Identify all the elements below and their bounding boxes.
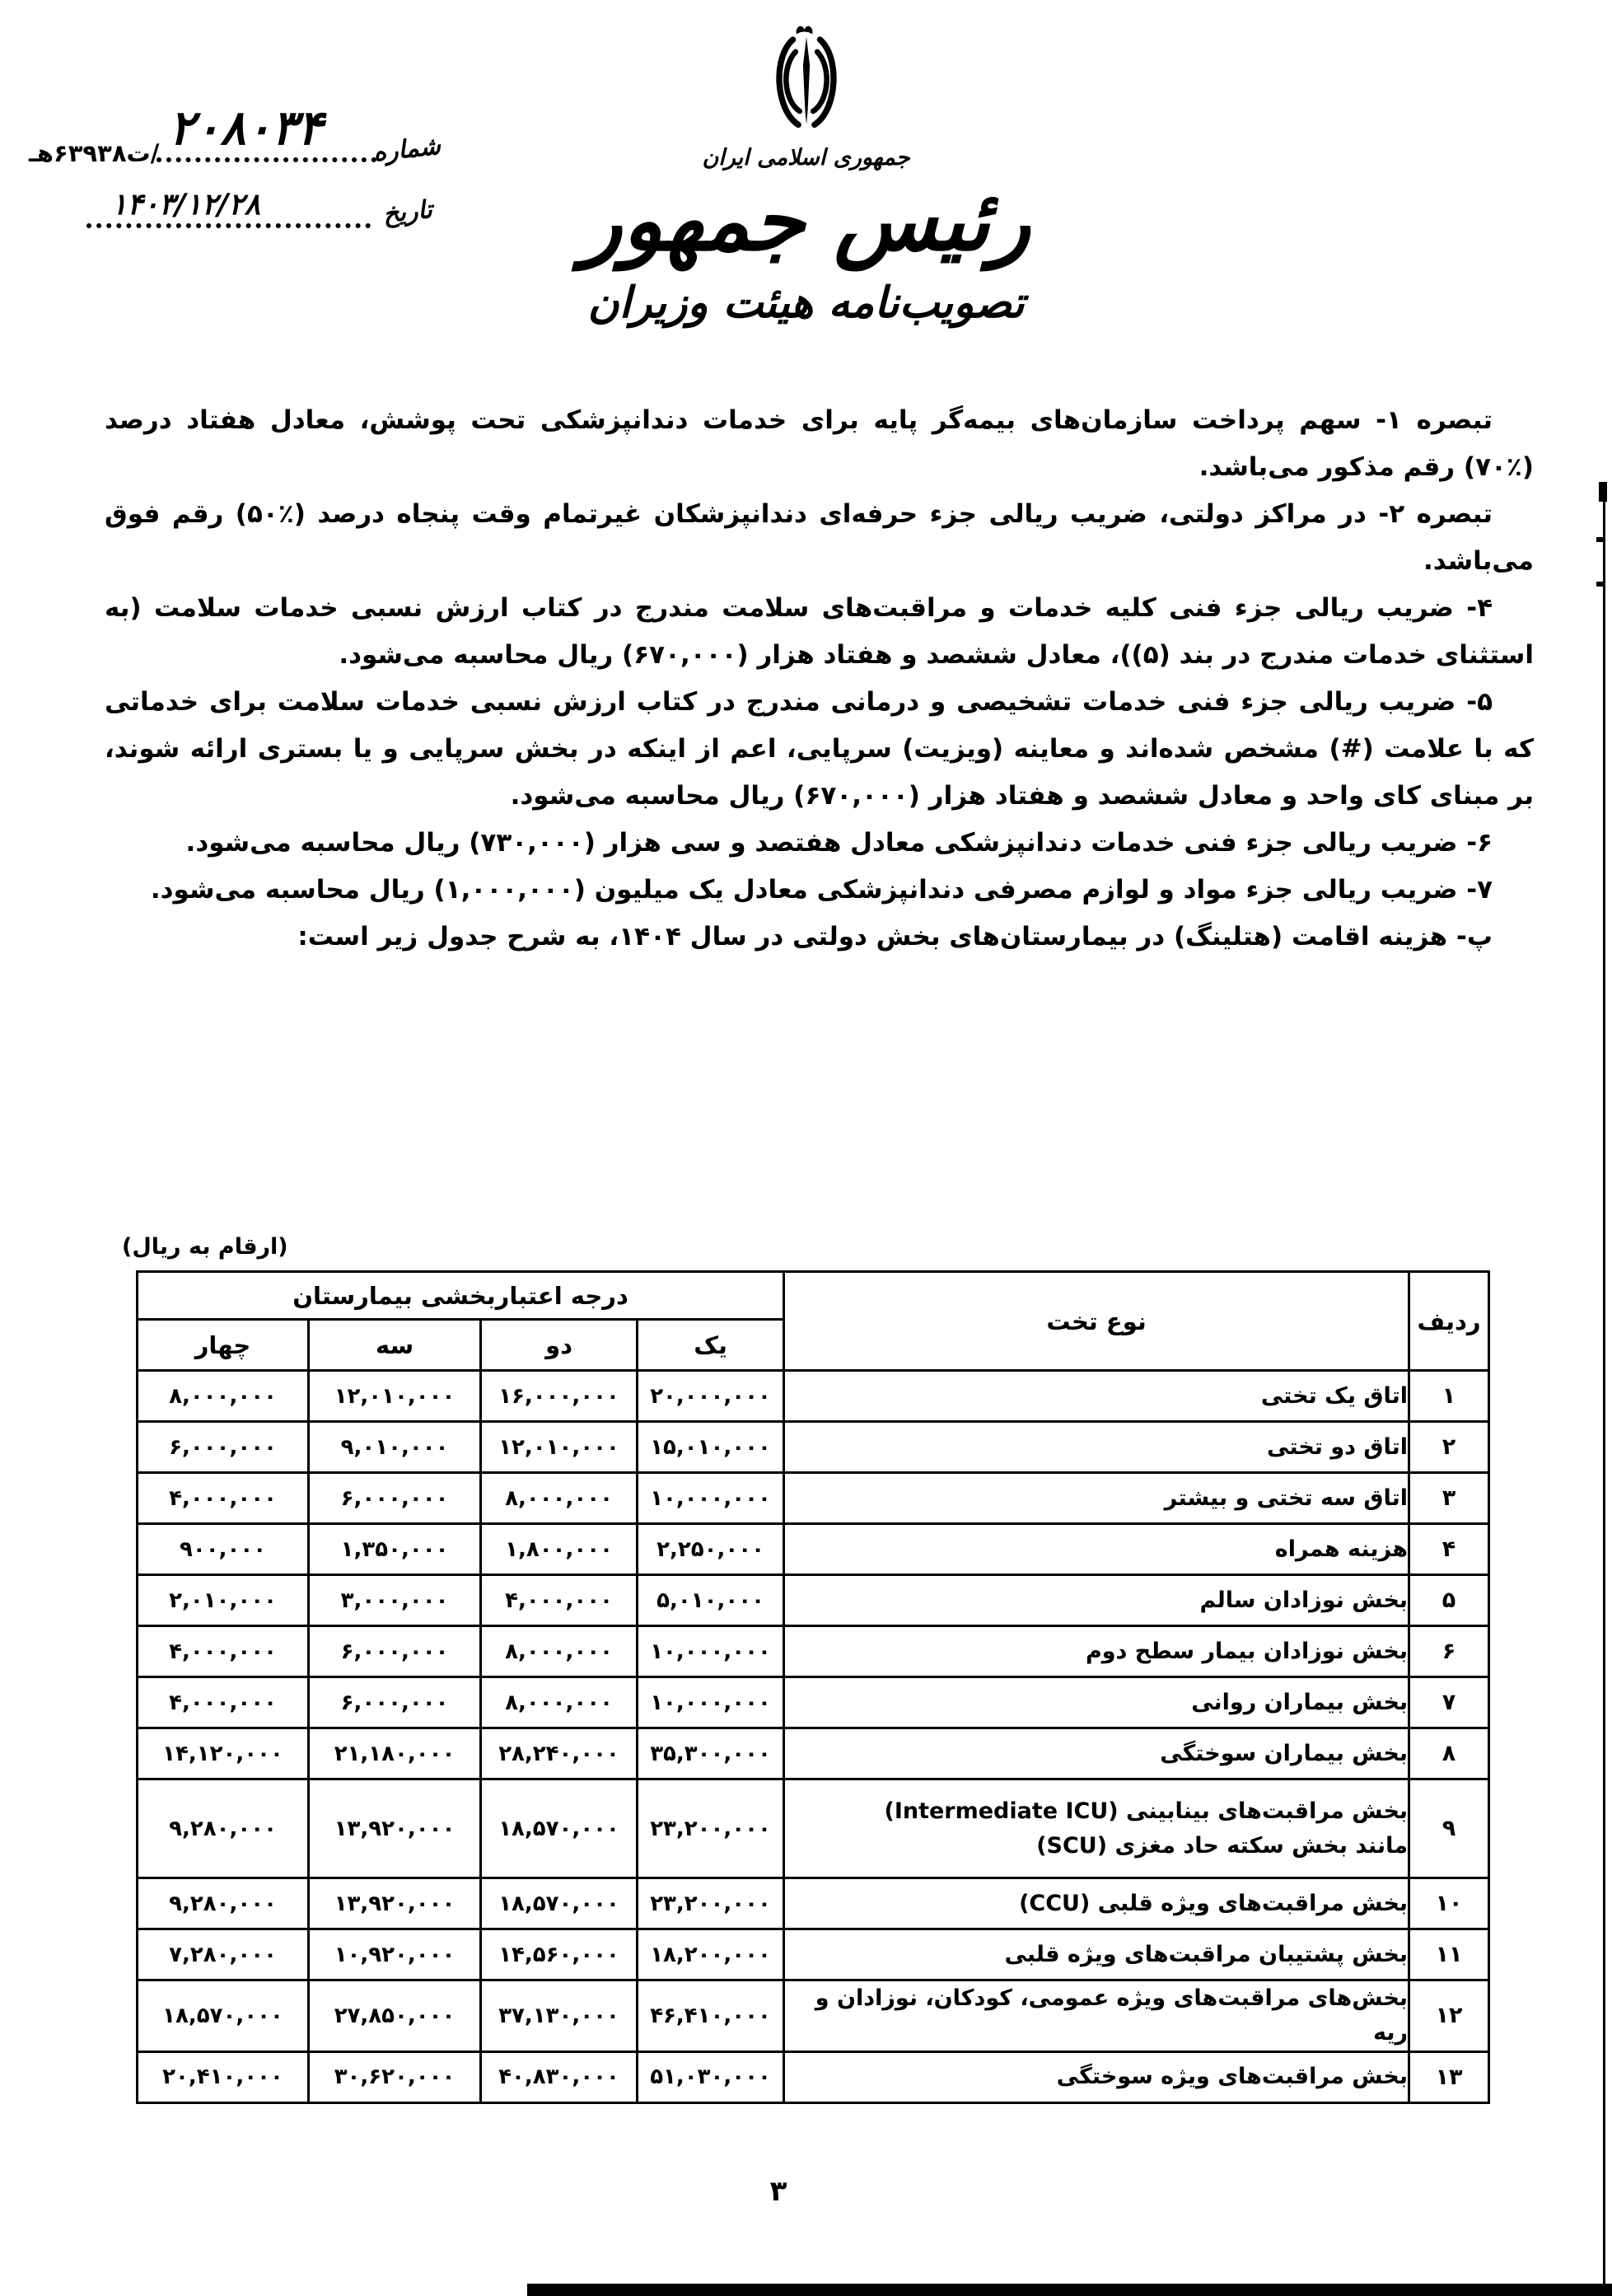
grade1-value: ۳۵,۳۰۰,۰۰۰ (638, 1728, 784, 1779)
number-dotted-line (157, 157, 376, 162)
header-grade-four: چهار (138, 1320, 309, 1371)
bed-type-cell: بخش مراقبت‌های بینابینی (Intermediate IC… (784, 1779, 1409, 1878)
table-row: ۱۱ بخش پشتیبان مراقبت‌های ویژه قلبی ۱۸,۲… (138, 1929, 1489, 1980)
grade4-value: ۶,۰۰۰,۰۰۰ (138, 1422, 309, 1473)
row-number: ۵ (1409, 1575, 1489, 1626)
grade2-value: ۴,۰۰۰,۰۰۰ (481, 1575, 638, 1626)
table-row: ۳ اتاق سه تختی و بیشتر ۱۰,۰۰۰,۰۰۰ ۸,۰۰۰,… (138, 1473, 1489, 1524)
decree-page: { "letterhead": { "number_label": "شماره… (0, 0, 1612, 2296)
grade3-value: ۲۱,۱۸۰,۰۰۰ (309, 1728, 481, 1779)
table-unit-note: (ارقام به ریال) (122, 1234, 288, 1260)
grade3-value: ۱,۳۵۰,۰۰۰ (309, 1524, 481, 1575)
grade3-value: ۱۰,۹۲۰,۰۰۰ (309, 1929, 481, 1980)
page-number: ۳ (0, 2175, 1557, 2208)
date-label: تاریخ (382, 195, 434, 229)
grade4-value: ۹,۲۸۰,۰۰۰ (138, 1878, 309, 1929)
grade3-value: ۱۳,۹۲۰,۰۰۰ (309, 1878, 481, 1929)
grade3-value: ۲۷,۸۵۰,۰۰۰ (309, 1980, 481, 2052)
grade2-value: ۱۸,۵۷۰,۰۰۰ (481, 1779, 638, 1878)
row-number: ۱۱ (1409, 1929, 1489, 1980)
scan-artifact-tick (1596, 537, 1603, 542)
grade1-value: ۱۰,۰۰۰,۰۰۰ (638, 1473, 784, 1524)
row-number: ۷ (1409, 1677, 1489, 1728)
row-number: ۶ (1409, 1626, 1489, 1677)
grade3-value: ۱۲,۰۱۰,۰۰۰ (309, 1371, 481, 1422)
grade2-value: ۴۰,۸۳۰,۰۰۰ (481, 2051, 638, 2102)
grade2-value: ۸,۰۰۰,۰۰۰ (481, 1626, 638, 1677)
grade2-value: ۱,۸۰۰,۰۰۰ (481, 1524, 638, 1575)
bed-type-cell: بخش مراقبت‌های ویژه سوختگی (784, 2051, 1409, 2102)
grade1-value: ۲,۲۵۰,۰۰۰ (638, 1524, 784, 1575)
decree-number-line: شماره ۲۰۸۰۳۴ /ت۶۳۹۳۸هـ (29, 66, 441, 169)
decree-date-value: ۱۴۰۳/۱۲/۲۸ (111, 188, 260, 222)
bed-type-cell: بخش بیماران روانی (784, 1677, 1409, 1728)
paragraph-note1: تبصره ۱- سهم پرداخت سازمان‌های بیمه‌گر پ… (105, 397, 1534, 491)
table-row: ۷ بخش بیماران روانی ۱۰,۰۰۰,۰۰۰ ۸,۰۰۰,۰۰۰… (138, 1677, 1489, 1728)
paragraph-clause5: ۵- ضریب ریالی جزء فنی خدمات تشخیصی و درم… (105, 679, 1534, 820)
grade3-value: ۱۳,۹۲۰,۰۰۰ (309, 1779, 481, 1878)
bed-type-line2: مانند بخش سکته حاد مغزی (SCU) (785, 1829, 1408, 1863)
iran-emblem-icon (773, 15, 840, 140)
paragraph-clause6: ۶- ضریب ریالی جزء فنی خدمات دندانپزشکی م… (105, 820, 1534, 867)
grade4-value: ۴,۰۰۰,۰۰۰ (138, 1626, 309, 1677)
table-row: ۱۳ بخش مراقبت‌های ویژه سوختگی ۵۱,۰۳۰,۰۰۰… (138, 2051, 1489, 2102)
grade4-value: ۹,۲۸۰,۰۰۰ (138, 1779, 309, 1878)
grade3-value: ۳,۰۰۰,۰۰۰ (309, 1575, 481, 1626)
letterhead-center-block: جمهوری اسلامی ایران رئیس جمهور تصویب‌نام… (551, 15, 1062, 328)
grade4-value: ۲,۰۱۰,۰۰۰ (138, 1575, 309, 1626)
table-row: ۲ اتاق دو تختی ۱۵,۰۱۰,۰۰۰ ۱۲,۰۱۰,۰۰۰ ۹,۰… (138, 1422, 1489, 1473)
grade1-value: ۴۶,۴۱۰,۰۰۰ (638, 1980, 784, 2052)
grade1-value: ۱۵,۰۱۰,۰۰۰ (638, 1422, 784, 1473)
date-dotted-line (86, 223, 371, 228)
decree-body-text: تبصره ۱- سهم پرداخت سازمان‌های بیمه‌گر پ… (105, 397, 1534, 961)
table-row: ۸ بخش بیماران سوختگی ۳۵,۳۰۰,۰۰۰ ۲۸,۲۴۰,۰… (138, 1728, 1489, 1779)
bed-type-cell: اتاق یک تختی (784, 1371, 1409, 1422)
row-number: ۹ (1409, 1779, 1489, 1878)
table-header-row-1: ردیف نوع تخت درجه اعتباربخشی بیمارستان (138, 1272, 1489, 1320)
decree-number-value: ۲۰۸۰۳۴ (169, 100, 323, 156)
grade3-value: ۹,۰۱۰,۰۰۰ (309, 1422, 481, 1473)
hoteling-tariff-table: ردیف نوع تخت درجه اعتباربخشی بیمارستان ی… (136, 1270, 1490, 2104)
scan-artifact-tick (1596, 582, 1603, 587)
office-title-calligraphy: رئیس جمهور (551, 179, 1062, 263)
grade3-value: ۶,۰۰۰,۰۰۰ (309, 1626, 481, 1677)
table-row: ۹ بخش مراقبت‌های بینابینی (Intermediate … (138, 1779, 1489, 1878)
grade4-value: ۷,۲۸۰,۰۰۰ (138, 1929, 309, 1980)
grade3-value: ۶,۰۰۰,۰۰۰ (309, 1677, 481, 1728)
grade4-value: ۱۴,۱۲۰,۰۰۰ (138, 1728, 309, 1779)
scan-artifact-right-line (1603, 490, 1605, 2296)
grade2-value: ۸,۰۰۰,۰۰۰ (481, 1473, 638, 1524)
header-grade-one: یک (638, 1320, 784, 1371)
grade4-value: ۴,۰۰۰,۰۰۰ (138, 1473, 309, 1524)
row-number: ۳ (1409, 1473, 1489, 1524)
row-number: ۴ (1409, 1524, 1489, 1575)
grade2-value: ۲۸,۲۴۰,۰۰۰ (481, 1728, 638, 1779)
grade2-value: ۱۸,۵۷۰,۰۰۰ (481, 1878, 638, 1929)
paragraph-clause7: ۷- ضریب ریالی جزء مواد و لوازم مصرفی دند… (105, 867, 1534, 914)
grade2-value: ۱۲,۰۱۰,۰۰۰ (481, 1422, 638, 1473)
header-bed-type: نوع تخت (784, 1272, 1409, 1371)
grade1-value: ۲۳,۲۰۰,۰۰۰ (638, 1878, 784, 1929)
grade2-value: ۱۶,۰۰۰,۰۰۰ (481, 1371, 638, 1422)
header-grade-two: دو (481, 1320, 638, 1371)
table-row: ۱۲ بخش‌های مراقبت‌های ویژه عمومی، کودکان… (138, 1980, 1489, 2052)
row-number: ۸ (1409, 1728, 1489, 1779)
grade2-value: ۸,۰۰۰,۰۰۰ (481, 1677, 638, 1728)
row-number: ۱۳ (1409, 2051, 1489, 2102)
header-accreditation-grade: درجه اعتباربخشی بیمارستان (138, 1272, 784, 1320)
number-label: شماره (372, 132, 442, 167)
bed-type-cell: اتاق دو تختی (784, 1422, 1409, 1473)
row-number: ۱۰ (1409, 1878, 1489, 1929)
grade4-value: ۹۰۰,۰۰۰ (138, 1524, 309, 1575)
grade1-value: ۱۰,۰۰۰,۰۰۰ (638, 1677, 784, 1728)
table-row: ۵ بخش نوزادان سالم ۵,۰۱۰,۰۰۰ ۴,۰۰۰,۰۰۰ ۳… (138, 1575, 1489, 1626)
grade1-value: ۵,۰۱۰,۰۰۰ (638, 1575, 784, 1626)
bed-type-cell: بخش‌های مراقبت‌های ویژه عمومی، کودکان، ن… (784, 1980, 1409, 2052)
grade4-value: ۴,۰۰۰,۰۰۰ (138, 1677, 309, 1728)
grade3-value: ۶,۰۰۰,۰۰۰ (309, 1473, 481, 1524)
grade1-value: ۱۰,۰۰۰,۰۰۰ (638, 1626, 784, 1677)
table-row: ۱۰ بخش مراقبت‌های ویژه قلبی (CCU) ۲۳,۲۰۰… (138, 1878, 1489, 1929)
paragraph-note2: تبصره ۲- در مراکز دولتی، ضریب ریالی جزء … (105, 491, 1534, 585)
header-row-number: ردیف (1409, 1272, 1489, 1371)
bed-type-cell: بخش مراقبت‌های ویژه قلبی (CCU) (784, 1878, 1409, 1929)
grade1-value: ۵۱,۰۳۰,۰۰۰ (638, 2051, 784, 2102)
row-number: ۱ (1409, 1371, 1489, 1422)
row-number: ۱۲ (1409, 1980, 1489, 2052)
scan-artifact-right-blob (1599, 482, 1607, 502)
grade4-value: ۲۰,۴۱۰,۰۰۰ (138, 2051, 309, 2102)
grade1-value: ۲۳,۲۰۰,۰۰۰ (638, 1779, 784, 1878)
decree-date-line: تاریخ ۱۴۰۳/۱۲/۲۸ (29, 169, 441, 235)
letterhead-number-date-block: شماره ۲۰۸۰۳۴ /ت۶۳۹۳۸هـ تاریخ ۱۴۰۳/۱۲/۲۸ (29, 66, 441, 239)
table-row: ۴ هزینه همراه ۲,۲۵۰,۰۰۰ ۱,۸۰۰,۰۰۰ ۱,۳۵۰,… (138, 1524, 1489, 1575)
grade2-value: ۳۷,۱۳۰,۰۰۰ (481, 1980, 638, 2052)
header-grade-three: سه (309, 1320, 481, 1371)
bed-type-cell: بخش بیماران سوختگی (784, 1728, 1409, 1779)
bed-type-cell: بخش نوزادان سالم (784, 1575, 1409, 1626)
grade1-value: ۲۰,۰۰۰,۰۰۰ (638, 1371, 784, 1422)
bed-type-cell: اتاق سه تختی و بیشتر (784, 1473, 1409, 1524)
grade1-value: ۱۸,۲۰۰,۰۰۰ (638, 1929, 784, 1980)
republic-caption: جمهوری اسلامی ایران (551, 145, 1062, 171)
paragraph-clause4: ۴- ضریب ریالی جزء فنی کلیه خدمات و مراقب… (105, 585, 1534, 679)
grade3-value: ۳۰,۶۲۰,۰۰۰ (309, 2051, 481, 2102)
bed-type-cell: بخش پشتیبان مراقبت‌های ویژه قلبی (784, 1929, 1409, 1980)
document-type-calligraphy: تصویب‌نامه هیئت وزیران (551, 278, 1062, 328)
table-row: ۱ اتاق یک تختی ۲۰,۰۰۰,۰۰۰ ۱۶,۰۰۰,۰۰۰ ۱۲,… (138, 1371, 1489, 1422)
grade2-value: ۱۴,۵۶۰,۰۰۰ (481, 1929, 638, 1980)
grade4-value: ۸,۰۰۰,۰۰۰ (138, 1371, 309, 1422)
scan-artifact-bottom-bar (527, 2284, 1612, 2296)
bed-type-line1: بخش مراقبت‌های بینابینی (Intermediate IC… (785, 1794, 1408, 1829)
table-row: ۶ بخش نوزادان بیمار سطح دوم ۱۰,۰۰۰,۰۰۰ ۸… (138, 1626, 1489, 1677)
row-number: ۲ (1409, 1422, 1489, 1473)
decree-number-suffix: /ت۶۳۹۳۸هـ (29, 139, 159, 167)
bed-type-cell: بخش نوزادان بیمار سطح دوم (784, 1626, 1409, 1677)
grade4-value: ۱۸,۵۷۰,۰۰۰ (138, 1980, 309, 2052)
bed-type-cell: هزینه همراه (784, 1524, 1409, 1575)
paragraph-clause-p: پ- هزینه اقامت (هتلینگ) در بیمارستان‌های… (105, 914, 1534, 961)
